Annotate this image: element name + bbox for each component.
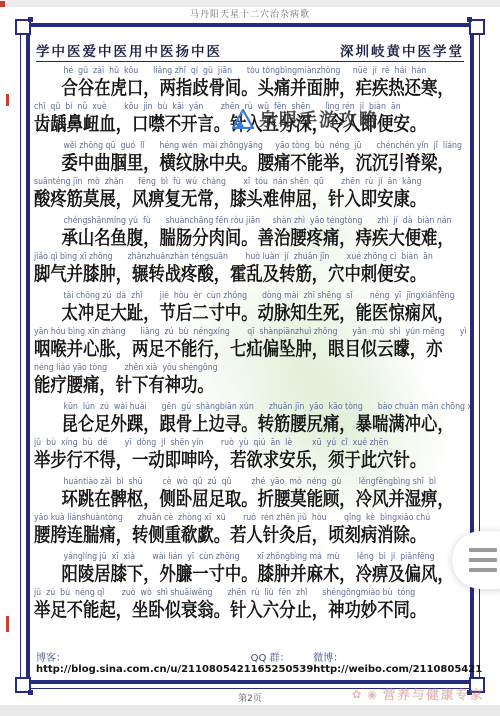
verse-line: huántiào zài bì shū cè wò qū zú qǔ zhé y… [34, 477, 470, 511]
verse-line: yāo kuà liánshuàntòng zhuǎn cè zhòng xī … [34, 513, 470, 547]
pinyin-text: néng liáo yāo tòng zhēn xià yǒu shéngōng [34, 363, 435, 373]
hanzi-text: 合谷在虎口，两指歧骨间。头痛并面肿，疟疾热还寒， [34, 77, 409, 100]
flower-logo-icon: ✿ [352, 688, 363, 701]
weibo-contact: 微博：http://weibo.com/2110805421 [313, 649, 482, 675]
border-corner-ornament [15, 19, 31, 35]
weibo-url: http://weibo.com/2110805421 [313, 664, 482, 675]
qq-label: QQ 群： [251, 653, 290, 664]
watermark-text: 泉眼手游攻略 [259, 106, 379, 132]
hanzi-text: 举足不能起，坐卧似衰翁。针入六分止，神功妙不同。 [34, 599, 409, 622]
seal-logo-icon: ◉ [367, 688, 379, 701]
hanzi-text: 酸疼筋莫展，风痹复无常，膝头难伸屈，针入即安康。 [34, 188, 409, 211]
pinyin-text: wěi zhōng qū guó lǐ héng wén mài zhōngyā… [34, 141, 435, 151]
verse-line: néng liáo yāo tòng zhēn xià yǒu shéngōng… [34, 363, 470, 397]
header-divider [36, 61, 464, 62]
qq-number: 165250539 [251, 664, 314, 675]
blog-label: 博客： [36, 653, 66, 664]
watermark-text: 营养与健康专家 [383, 685, 485, 703]
verse-line: hé gǔ zài hǔ kǒu liǎng zhǐ qí gǔ jiān tó… [34, 66, 470, 100]
hanzi-text: 环跳在髀枢，侧卧屈足取。折腰莫能顾，冷风并湿痹， [34, 488, 409, 511]
verse-line: jǔ bù xíng bù dé yī dòng jí shēn yín ruò… [34, 438, 470, 472]
pinyin-text: huántiào zài bì shū cè wò qū zú qǔ zhé y… [34, 477, 435, 487]
qq-contact: QQ 群：165250539 [251, 649, 314, 675]
pinyin-text: jǔ zú bù néng qǐ zuò wò shì shuāiwēng zh… [34, 588, 435, 598]
pinyin-text: chéngshānmíng yú fù shuànchāng fēn ròu j… [34, 216, 435, 226]
top-edge-strip [0, 0, 500, 7]
pinyin-text: yān hóu bìng xīn zhàng liǎng zú bù néngx… [34, 327, 435, 337]
site-watermark: 泉眼手游攻略 [232, 106, 379, 132]
border-corner-ornament [469, 19, 485, 35]
red-scan-mark [6, 616, 9, 632]
hamburger-icon [469, 548, 497, 552]
header-slogan: 学中医爱中医用中医扬中医 [36, 40, 222, 60]
hamburger-icon [469, 558, 497, 562]
hanzi-text: 昆仑足外踝，跟骨上边寻。转筋腰尻痛，暴喘满冲心， [34, 413, 409, 436]
hanzi-text: 咽喉并心胀，两足不能行，七疝偏坠肿，眼目似云矇，亦 [34, 338, 409, 361]
verse-line: kūn lún zú wài huái gēn gǔ shàngbiān xún… [34, 402, 470, 436]
verse-line: wěi zhōng qū guó lǐ héng wén mài zhōngyā… [34, 141, 470, 175]
hanzi-text: 太冲足大趾，节后二寸中。动脉知生死，能医惊痫风， [34, 302, 409, 325]
pinyin-text: tài chōng zú dà zhǐ jié hòu èr cùn zhōng… [34, 291, 435, 301]
red-scan-mark [0, 1, 5, 7]
verse-line: suānténg jīn mò zhǎn fēng bì fù wú cháng… [34, 177, 470, 211]
hamburger-icon [469, 568, 497, 572]
red-scan-mark [6, 94, 9, 106]
document-title: 马丹阳天星十二穴治杂病歌 [0, 7, 500, 20]
pinyin-text: jǔ bù xíng bù dé yī dòng jí shēn yín ruò… [34, 438, 435, 448]
hanzi-text: 脚气并膝肿，辗转战疼酸，霍乱及转筋，穴中刺便安。 [34, 263, 409, 286]
page-header: 学中医爱中医用中医扬中医 深圳岐黄中医学堂 [36, 40, 464, 60]
verse-line: tài chōng zú dà zhǐ jié hòu èr cùn zhōng… [34, 291, 470, 325]
pinyin-text: hé gǔ zài hǔ kǒu liǎng zhǐ qí gǔ jiān tó… [34, 66, 435, 76]
pinyin-text: yāo kuà liánshuàntòng zhuǎn cè zhòng xī … [34, 513, 435, 523]
hanzi-text: 能疗腰痛，针下有神功。 [34, 374, 409, 397]
verse-body: hé gǔ zài hǔ kǒu liǎng zhǐ qí gǔ jiān tó… [34, 66, 470, 624]
pinyin-text: suānténg jīn mò zhǎn fēng bì fù wú cháng… [34, 177, 435, 187]
blog-url: http://blog.sina.com.cn/u/2110805421 [36, 664, 251, 675]
pinyin-text: jiǎo qì bìng xī zhǒng zhǎnzhuǎnzhàn téng… [34, 252, 435, 262]
hanzi-text: 阳陵居膝下，外臁一寸中。膝肿并麻木，冷痹及偏风， [34, 563, 409, 586]
weibo-label: 微博： [313, 653, 343, 664]
bottom-right-watermark: ✿ ◉ 营养与健康专家 [352, 685, 484, 703]
hanzi-text: 腰胯连腨痛，转侧重欷歔。若人针灸后，顷刻病消除。 [34, 524, 409, 547]
contact-footer: 博客：http://blog.sina.com.cn/u/2110805421 … [36, 649, 464, 675]
verse-line: yánglíng jū xī xià wài lián yī cùn zhōng… [34, 552, 470, 586]
verse-line: chéngshānmíng yú fù shuànchāng fēn ròu j… [34, 216, 470, 250]
header-school-name: 深圳岐黄中医学堂 [340, 40, 464, 60]
pinyin-text: kūn lún zú wài huái gēn gǔ shàngbiān xún… [34, 402, 435, 412]
blog-contact: 博客：http://blog.sina.com.cn/u/2110805421 [36, 649, 251, 675]
verse-line: jiǎo qì bìng xī zhǒng zhǎnzhuǎnzhàn téng… [34, 252, 470, 286]
triangle-logo-icon [232, 109, 254, 129]
hanzi-text: 委中曲腘里，横纹脉中央。腰痛不能举，沉沉引脊梁， [34, 152, 409, 175]
verse-line: yān hóu bìng xīn zhàng liǎng zú bù néngx… [34, 327, 470, 361]
hanzi-text: 承山名鱼腹，腨肠分肉间。善治腰疼痛，痔疾大便难， [34, 227, 409, 250]
pinyin-text: yánglíng jū xī xià wài lián yī cùn zhōng… [34, 552, 435, 562]
verse-line: jǔ zú bù néng qǐ zuò wò shì shuāiwēng zh… [34, 588, 470, 622]
bottom-edge-strip [0, 705, 500, 716]
hanzi-text: 举步行不得，一动即呻吟，若欲求安乐，须于此穴针。 [34, 449, 409, 472]
